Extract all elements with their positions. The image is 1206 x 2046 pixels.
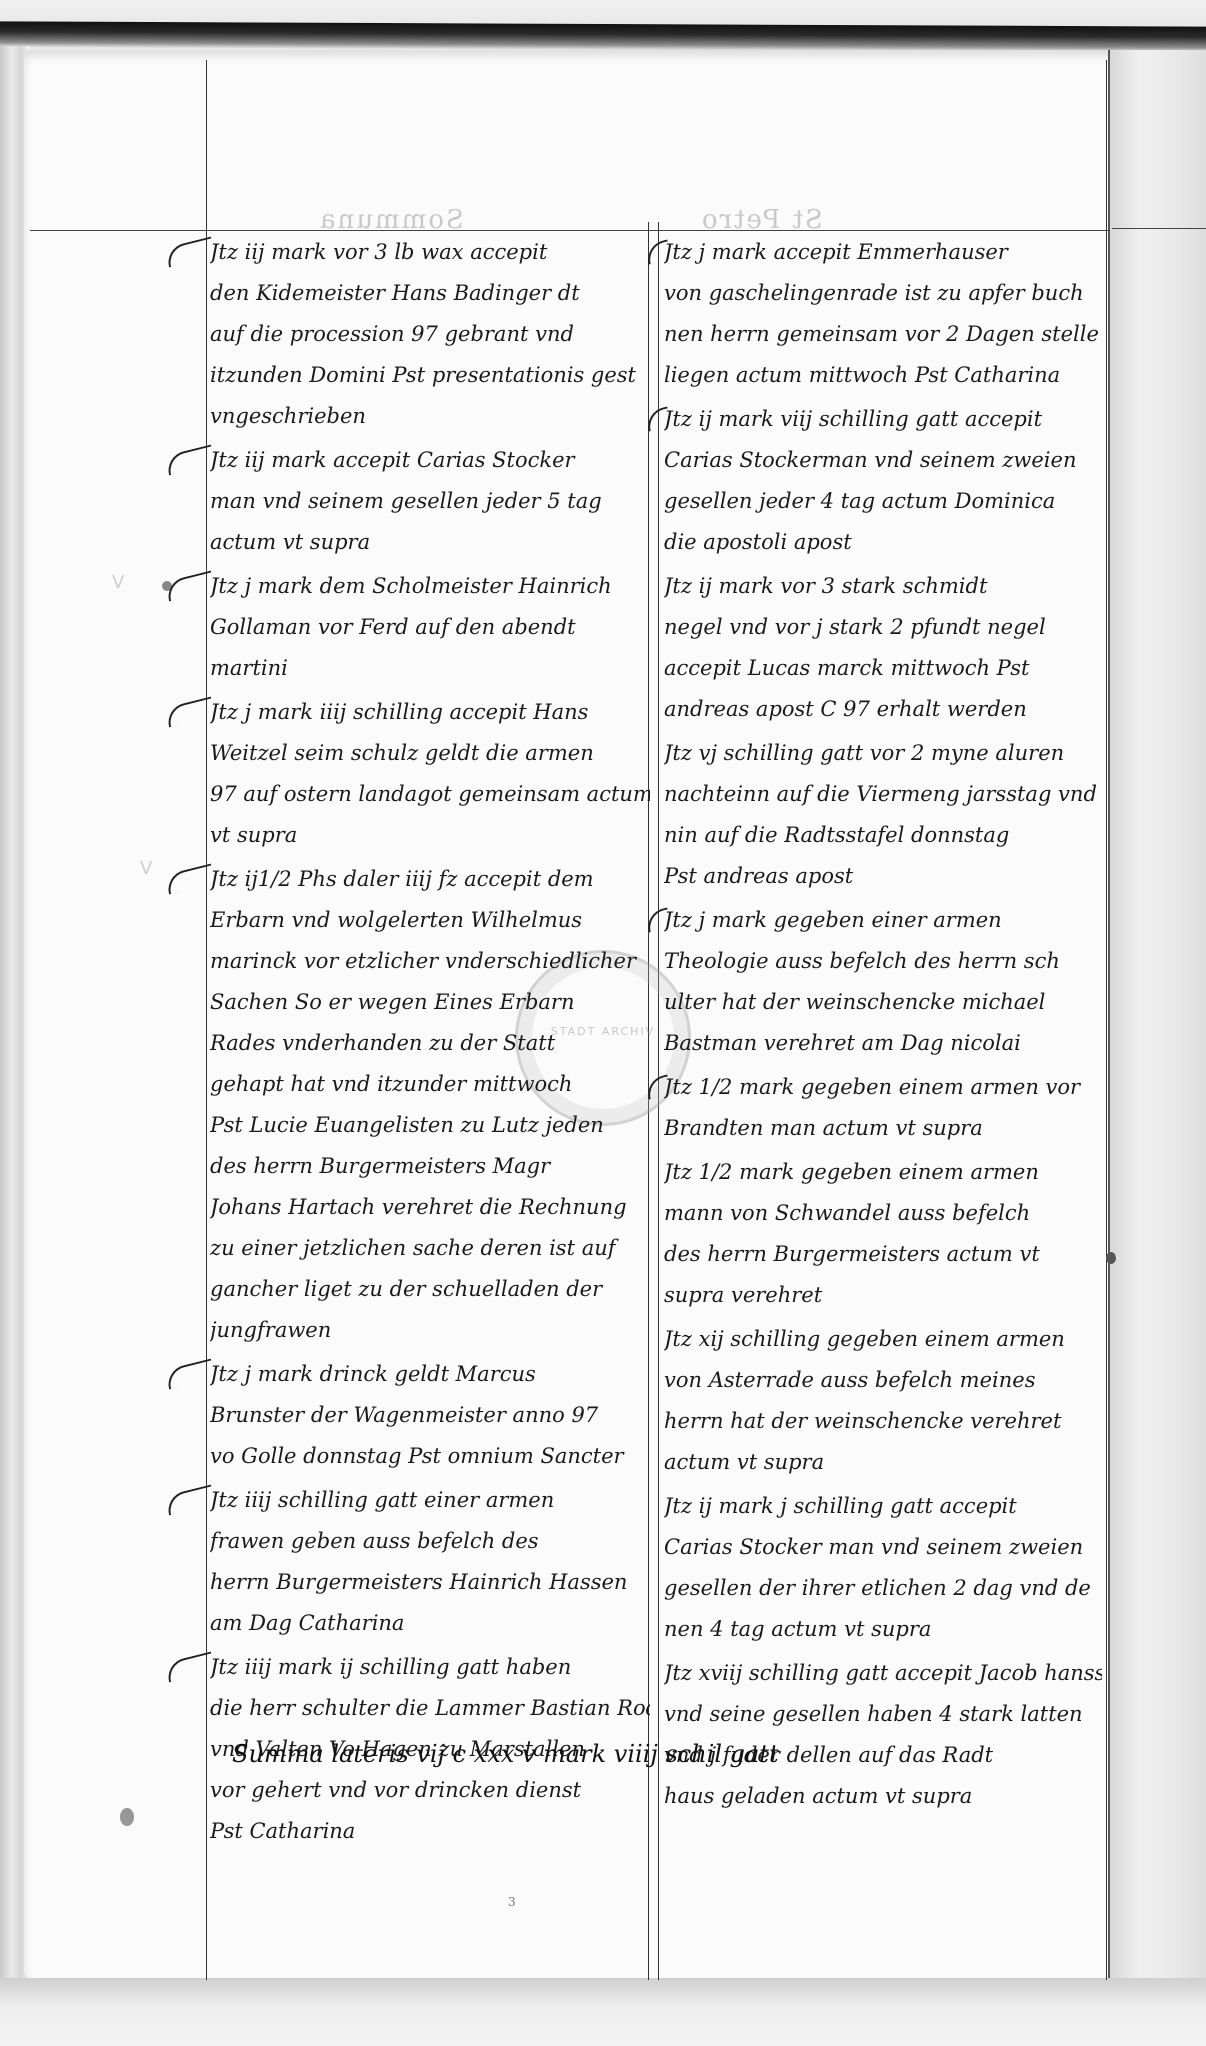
entry-line: vngeschrieben [210,396,650,437]
entry-line: des herrn Burgermeisters actum vt [664,1234,1102,1275]
ink-spot [120,1808,134,1826]
entry-line: marinck vor etzlicher vnderschiedlicher [210,941,650,982]
ledger-entry: Jtz j mark dem Scholmeister Hainrich Gol… [210,566,650,689]
entry-line: Jtz j mark accepit Emmerhauser [664,232,1102,273]
page-total-summa: Summa lateris vij c xxx v mark viiij sch… [232,1740,1032,1768]
entry-line: Theologie auss befelch des herrn sch [664,941,1102,982]
bleed-through-header-right: St Petro [700,205,823,235]
ledger-entry: Jtz iij mark vor 3 lb wax accepit den Ki… [210,232,650,437]
entry-line: Jtz j mark drinck geldt Marcus [210,1354,650,1395]
entry-line: liegen actum mittwoch Pst Catharina [664,355,1102,396]
entry-line: Pst Lucie Euangelisten zu Lutz jeden [210,1105,650,1146]
entry-line: Jtz j mark iiij schilling accepit Hans [210,692,650,733]
entry-line: vnd seine gesellen haben 4 stark latten [664,1694,1102,1735]
entry-line: Bastman verehret am Dag nicolai [664,1023,1102,1064]
ledger-entry: Jtz 1/2 mark gegeben einem armen vor Bra… [664,1067,1102,1149]
entry-line: negel vnd vor j stark 2 pfundt negel [664,607,1102,648]
entry-line: Jtz j mark dem Scholmeister Hainrich [210,566,650,607]
left-margin-rule [206,60,207,1980]
entry-line: 97 auf ostern landagot gemeinsam actum [210,774,650,815]
ledger-entry: Jtz ij mark viij schilling gatt accepit … [664,399,1102,563]
ledger-entry: Jtz 1/2 mark gegeben einem armen mann vo… [664,1152,1102,1316]
entry-line: Jtz iij mark vor 3 lb wax accepit [210,232,650,273]
ledger-entry: Jtz xviij schilling gatt accepit Jacob h… [664,1653,1102,1817]
margin-check-mark: V [140,858,152,879]
entry-line: Jtz xij schilling gegeben einem armen [664,1319,1102,1360]
entry-line: Pst andreas apost [664,856,1102,897]
entry-line: Jtz iiij mark ij schilling gatt haben [210,1647,650,1688]
entry-line: vor gehert vnd vor drincken dienst [210,1770,650,1811]
entry-line: ulter hat der weinschencke michael [664,982,1102,1023]
entry-line: herrn Burgermeisters Hainrich Hassen [210,1562,650,1603]
entry-line: von Asterrade auss befelch meines [664,1360,1102,1401]
entry-line: Jtz iij mark accepit Carias Stocker [210,440,650,481]
entry-line: gehapt hat vnd itzunder mittwoch [210,1064,650,1105]
right-margin-rule [1106,60,1107,1980]
entry-line: des herrn Burgermeisters Magr [210,1146,650,1187]
entry-line: auf die procession 97 gebrant vnd [210,314,650,355]
entry-line: jungfrawen [210,1310,650,1351]
ink-spot [1106,1252,1116,1264]
header-rule [30,230,1110,231]
entry-line: vt supra [210,815,650,856]
entry-line: Jtz iiij schilling gatt einer armen [210,1480,650,1521]
entry-line: mann von Schwandel auss befelch [664,1193,1102,1234]
entry-line: am Dag Catharina [210,1603,650,1644]
ledger-entry: Jtz vj schilling gatt vor 2 myne aluren … [664,733,1102,897]
facing-page-edge [1108,50,1206,1980]
entry-line: herrn hat der weinschencke verehret [664,1401,1102,1442]
entry-line: von gaschelingenrade ist zu apfer buch [664,273,1102,314]
entry-line: itzunden Domini Pst presentationis gest [210,355,650,396]
entry-line: Brandten man actum vt supra [664,1108,1102,1149]
entry-line: frawen geben auss befelch des [210,1521,650,1562]
entry-line: die apostoli apost [664,522,1102,563]
entry-line: gesellen der ihrer etlichen 2 dag vnd de [664,1568,1102,1609]
entry-line: Johans Hartach verehret die Rechnung [210,1187,650,1228]
entry-line: Rades vnderhanden zu der Statt [210,1023,650,1064]
ledger-entry: Jtz iiij schilling gatt einer armen fraw… [210,1480,650,1644]
entry-line: Jtz ij1/2 Phs daler iiij fz accepit dem [210,859,650,900]
entry-line: Pst Catharina [210,1811,650,1852]
entry-line: nin auf die Radtsstafel donnstag [664,815,1102,856]
entry-line: supra verehret [664,1275,1102,1316]
entry-line: gancher liget zu der schuelladen der [210,1269,650,1310]
ledger-entry: Jtz ij mark j schilling gatt accepit Car… [664,1486,1102,1650]
ledger-entry: Jtz j mark accepit Emmerhauser von gasch… [664,232,1102,396]
entry-line: Jtz vj schilling gatt vor 2 myne aluren [664,733,1102,774]
entry-line: gesellen jeder 4 tag actum Dominica [664,481,1102,522]
ledger-entry: Jtz j mark iiij schilling accepit Hans W… [210,692,650,856]
entry-line: martini [210,648,650,689]
entry-line: accepit Lucas marck mittwoch Pst [664,648,1102,689]
entry-line: Jtz 1/2 mark gegeben einem armen [664,1152,1102,1193]
entry-line: man vnd seinem gesellen jeder 5 tag [210,481,650,522]
entry-line: die herr schulter die Lammer Bastian Rod [210,1688,650,1729]
facing-page-header-rule [1112,228,1206,229]
entry-line: Brunster der Wagenmeister anno 97 [210,1395,650,1436]
entry-line: Jtz j mark gegeben einer armen [664,900,1102,941]
entry-line: vo Golle donnstag Pst omnium Sancter [210,1436,650,1477]
ledger-column-right: Jtz j mark accepit Emmerhauser von gasch… [664,232,1102,1820]
ledger-entry: Jtz ij1/2 Phs daler iiij fz accepit dem … [210,859,650,1351]
entry-line: Erbarn vnd wolgelerten Wilhelmus [210,900,650,941]
entry-line: andreas apost C 97 erhalt werden [664,689,1102,730]
entry-line: den Kidemeister Hans Badinger dt [210,273,650,314]
ledger-column-left: Jtz iij mark vor 3 lb wax accepit den Ki… [210,232,650,1855]
entry-line: nen 4 tag actum vt supra [664,1609,1102,1650]
entry-line: Sachen So er wegen Eines Erbarn [210,982,650,1023]
entry-line: Jtz 1/2 mark gegeben einem armen vor [664,1067,1102,1108]
entry-line: zu einer jetzlichen sache deren ist auf [210,1228,650,1269]
entry-line: Carias Stocker man vnd seinem zweien [664,1527,1102,1568]
entry-line: nen herrn gemeinsam vor 2 Dagen stelle [664,314,1102,355]
entry-line: Jtz ij mark viij schilling gatt accepit [664,399,1102,440]
ledger-entry: Jtz ij mark vor 3 stark schmidt negel vn… [664,566,1102,730]
entry-line: Carias Stockerman vnd seinem zweien [664,440,1102,481]
margin-check-mark: V [112,572,124,593]
page-number: 3 [508,1895,516,1909]
book-binding-shadow [0,21,1206,52]
entry-line: haus geladen actum vt supra [664,1776,1102,1817]
ledger-entry: Jtz j mark gegeben einer armen Theologie… [664,900,1102,1064]
entry-line: Weitzel seim schulz geldt die armen [210,733,650,774]
ledger-entry: Jtz iij mark accepit Carias Stocker man … [210,440,650,563]
entry-line: Gollaman vor Ferd auf den abendt [210,607,650,648]
ledger-entry: Jtz j mark drinck geldt Marcus Brunster … [210,1354,650,1477]
entry-line: Jtz ij mark j schilling gatt accepit [664,1486,1102,1527]
entry-line: actum vt supra [210,522,650,563]
ledger-entry: Jtz xij schilling gegeben einem armen vo… [664,1319,1102,1483]
bleed-through-header-left: Sommuna [318,205,464,235]
scan-background-bottom [0,1978,1206,2046]
entry-line: actum vt supra [664,1442,1102,1483]
entry-line: nachteinn auf die Viermeng jarsstag vnd [664,774,1102,815]
entry-line: Jtz ij mark vor 3 stark schmidt [664,566,1102,607]
entry-line: Jtz xviij schilling gatt accepit Jacob h… [664,1653,1102,1694]
